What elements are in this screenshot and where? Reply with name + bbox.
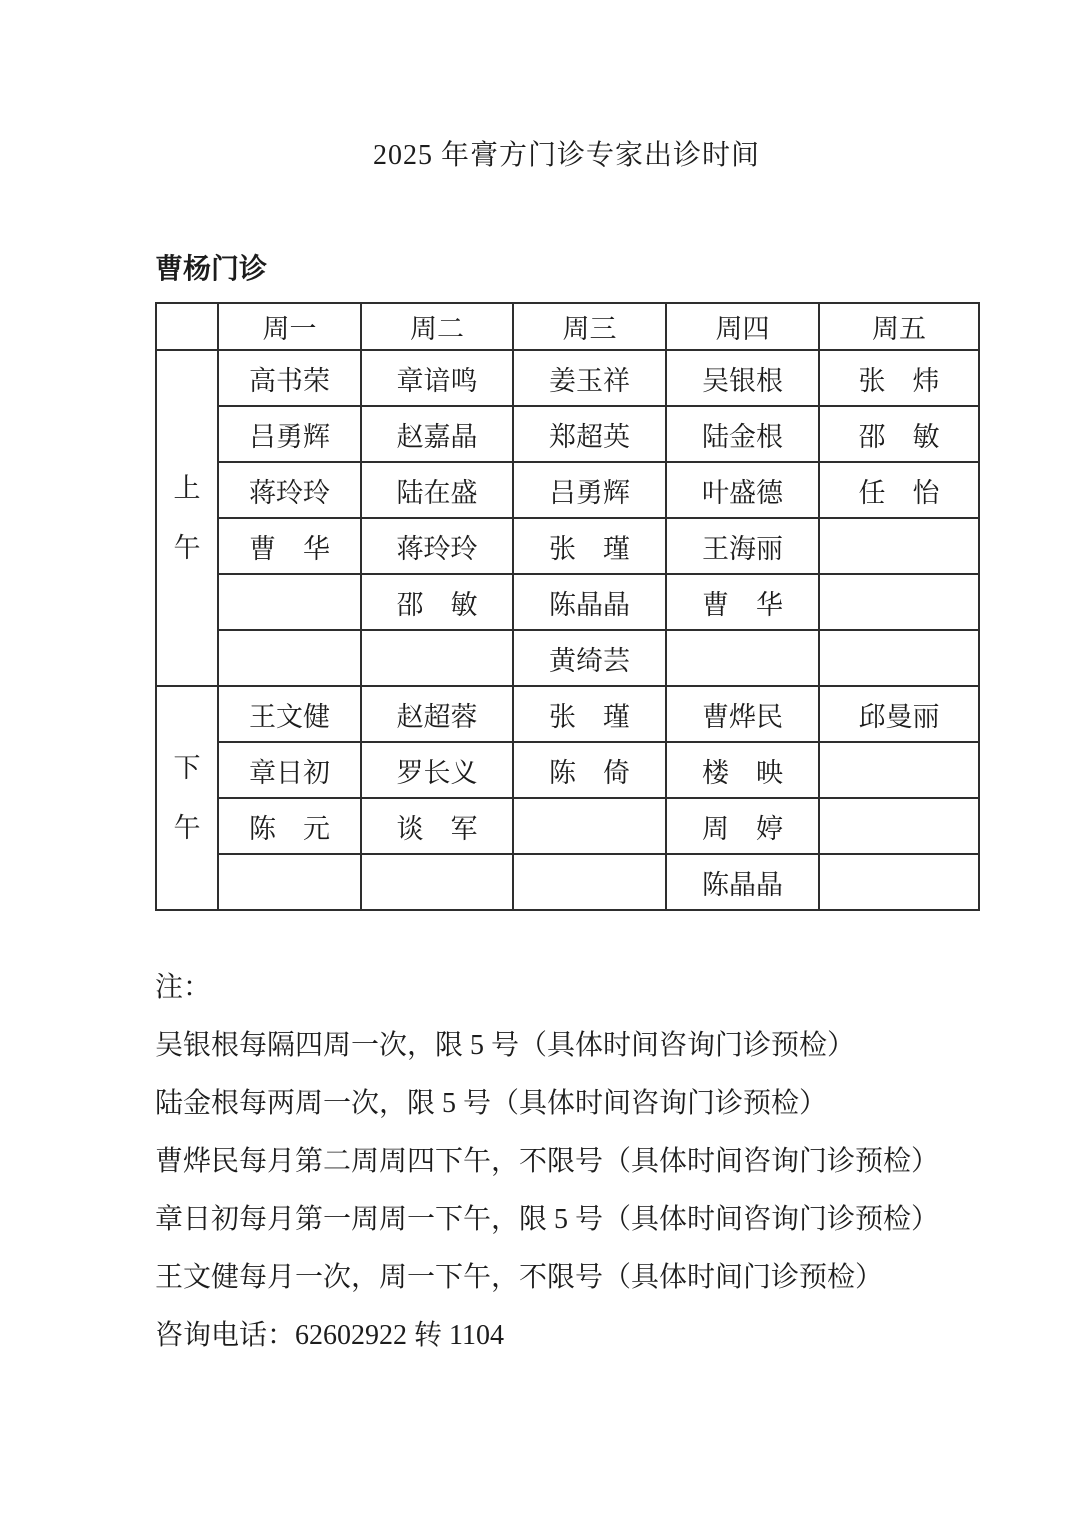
doctor-cell: 王海丽	[666, 518, 819, 574]
day-header-cell: 周五	[819, 303, 979, 350]
schedule-table-body: 周一周二周三周四周五上 午高书荣章谙鸣姜玉祥吴银根张 炜吕勇辉赵嘉晶郑超英陆金根…	[156, 303, 979, 910]
table-row: 邵 敏陈晶晶曹 华	[156, 574, 979, 630]
doctor-cell: 谈 军	[361, 798, 513, 854]
doctor-cell: 章日初	[218, 742, 361, 798]
doctor-cell	[666, 630, 819, 686]
note-item: 章日初每月第一周周一下午，限 5 号（具体时间咨询门诊预检）	[155, 1191, 978, 1249]
section-heading-caoyang-clinic: 曹杨门诊	[155, 251, 978, 289]
day-header-cell: 周四	[666, 303, 819, 350]
table-row: 陈晶晶	[156, 854, 979, 910]
corner-cell	[156, 303, 218, 350]
doctor-cell: 姜玉祥	[513, 350, 666, 406]
table-row: 下 午王文健赵超蓉张 瑾曹烨民邱曼丽	[156, 686, 979, 742]
doctor-cell: 罗长义	[361, 742, 513, 798]
doctor-cell	[513, 854, 666, 910]
doctor-cell: 邵 敏	[361, 574, 513, 630]
doctor-cell: 陈晶晶	[666, 854, 819, 910]
doctor-cell: 高书荣	[218, 350, 361, 406]
note-item: 曹烨民每月第二周周四下午，不限号（具体时间咨询门诊预检）	[155, 1133, 978, 1191]
doctor-cell: 蒋玲玲	[361, 518, 513, 574]
note-item: 陆金根每两周一次，限 5 号（具体时间咨询门诊预检）	[155, 1075, 978, 1133]
doctor-cell	[819, 798, 979, 854]
doctor-cell: 邱曼丽	[819, 686, 979, 742]
doctor-cell	[819, 574, 979, 630]
table-row: 吕勇辉赵嘉晶郑超英陆金根邵 敏	[156, 406, 979, 462]
doctor-cell: 赵嘉晶	[361, 406, 513, 462]
doctor-cell: 曹烨民	[666, 686, 819, 742]
doctor-cell: 黄绮芸	[513, 630, 666, 686]
note-item: 王文健每月一次，周一下午，不限号（具体时间门诊预检）	[155, 1249, 978, 1307]
doctor-cell: 曹 华	[218, 518, 361, 574]
doctor-cell: 王文健	[218, 686, 361, 742]
doctor-cell: 蒋玲玲	[218, 462, 361, 518]
doctor-cell: 郑超英	[513, 406, 666, 462]
document-page: 2025 年膏方门诊专家出诊时间 曹杨门诊 周一周二周三周四周五上 午高书荣章谙…	[0, 0, 1080, 1527]
doctor-cell: 叶盛德	[666, 462, 819, 518]
doctor-cell: 陈 元	[218, 798, 361, 854]
table-row: 曹 华蒋玲玲张 瑾王海丽	[156, 518, 979, 574]
doctor-cell: 周 婷	[666, 798, 819, 854]
doctor-cell: 陈晶晶	[513, 574, 666, 630]
doctor-cell: 陆在盛	[361, 462, 513, 518]
doctor-cell	[819, 518, 979, 574]
doctor-cell: 邵 敏	[819, 406, 979, 462]
day-header-cell: 周二	[361, 303, 513, 350]
doctor-cell	[819, 854, 979, 910]
doctor-cell: 楼 映	[666, 742, 819, 798]
notes-section: 注： 吴银根每隔四周一次，限 5 号（具体时间咨询门诊预检） 陆金根每两周一次，…	[155, 959, 978, 1365]
period-cell: 上 午	[156, 350, 218, 686]
page-title: 2025 年膏方门诊专家出诊时间	[155, 0, 978, 175]
table-row: 上 午高书荣章谙鸣姜玉祥吴银根张 炜	[156, 350, 979, 406]
document-content: 2025 年膏方门诊专家出诊时间 曹杨门诊 周一周二周三周四周五上 午高书荣章谙…	[155, 0, 978, 1365]
table-row: 黄绮芸	[156, 630, 979, 686]
period-cell: 下 午	[156, 686, 218, 910]
doctor-cell: 张 瑾	[513, 686, 666, 742]
table-header-row: 周一周二周三周四周五	[156, 303, 979, 350]
doctor-cell: 陈 倚	[513, 742, 666, 798]
note-item: 吴银根每隔四周一次，限 5 号（具体时间咨询门诊预检）	[155, 1017, 978, 1075]
doctor-cell	[819, 742, 979, 798]
schedule-table: 周一周二周三周四周五上 午高书荣章谙鸣姜玉祥吴银根张 炜吕勇辉赵嘉晶郑超英陆金根…	[155, 302, 980, 911]
table-row: 章日初罗长义陈 倚楼 映	[156, 742, 979, 798]
phone-line: 咨询电话：62602922 转 1104	[155, 1307, 978, 1365]
doctor-cell: 吕勇辉	[218, 406, 361, 462]
doctor-cell: 曹 华	[666, 574, 819, 630]
doctor-cell	[218, 854, 361, 910]
doctor-cell: 吴银根	[666, 350, 819, 406]
table-row: 陈 元谈 军周 婷	[156, 798, 979, 854]
doctor-cell: 吕勇辉	[513, 462, 666, 518]
day-header-cell: 周一	[218, 303, 361, 350]
doctor-cell	[218, 630, 361, 686]
doctor-cell: 赵超蓉	[361, 686, 513, 742]
doctor-cell: 章谙鸣	[361, 350, 513, 406]
doctor-cell	[513, 798, 666, 854]
doctor-cell	[819, 630, 979, 686]
notes-label: 注：	[155, 959, 978, 1017]
doctor-cell	[361, 630, 513, 686]
doctor-cell	[218, 574, 361, 630]
table-row: 蒋玲玲陆在盛吕勇辉叶盛德任 怡	[156, 462, 979, 518]
doctor-cell: 任 怡	[819, 462, 979, 518]
doctor-cell	[361, 854, 513, 910]
doctor-cell: 张 瑾	[513, 518, 666, 574]
doctor-cell: 张 炜	[819, 350, 979, 406]
day-header-cell: 周三	[513, 303, 666, 350]
doctor-cell: 陆金根	[666, 406, 819, 462]
